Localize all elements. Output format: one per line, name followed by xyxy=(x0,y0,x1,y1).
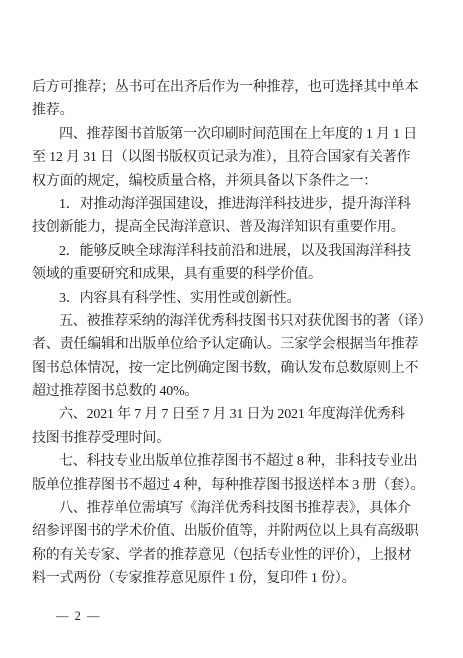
document-line: 技创新能力，提高全民海洋意识、普及海洋知识有重要作用。 xyxy=(32,216,422,239)
document-line: 推荐。 xyxy=(32,99,422,122)
document-line: 称的有关专家、学者的推荐意见（包括专业性的评价），上报材 xyxy=(32,544,422,567)
document-line: 后方可推荐；丛书可在出齐后作为一种推荐，也可选择其中单本 xyxy=(32,76,422,99)
document-line: 八、推荐单位需填写《海洋优秀科技图书推荐表》，具体介 xyxy=(32,497,422,520)
document-line: 六、2021 年 7 月 7 日至 7 月 31 日为 2021 年度海洋优秀科 xyxy=(32,403,422,426)
document-line: 权方面的规定，编校质量合格，并须具备以下条件之一： xyxy=(32,170,422,193)
document-line: 料一式两份（专家推荐意见原件 1 份，复印件 1 份）。 xyxy=(32,567,422,590)
document-line: 超过推荐图书总数的 40%。 xyxy=(32,380,422,403)
document-line: 图书总体情况，按一定比例确定图书数，确认发布总数原则上不 xyxy=(32,357,422,380)
document-body-text: 后方可推荐；丛书可在出齐后作为一种推荐，也可选择其中单本推荐。四、推荐图书首版第… xyxy=(32,76,422,591)
page-number: — 2 — xyxy=(56,609,101,624)
document-line: 技图书推荐受理时间。 xyxy=(32,427,422,450)
document-line: 1．对推动海洋强国建设，推进海洋科技进步，提升海洋科 xyxy=(32,193,422,216)
document-line: 五、被推荐采纳的海洋优秀科技图书只对获优图书的著（译） xyxy=(32,310,422,333)
document-line: 四、推荐图书首版第一次印刷时间范围在上年度的 1 月 1 日 xyxy=(32,123,422,146)
document-line: 领域的重要研究和成果，具有重要的科学价值。 xyxy=(32,263,422,286)
document-line: 2．能够反映全球海洋科技前沿和进展，以及我国海洋科技 xyxy=(32,240,422,263)
scanned-document-page: 后方可推荐；丛书可在出齐后作为一种推荐，也可选择其中单本推荐。四、推荐图书首版第… xyxy=(0,0,463,658)
document-line: 至 12 月 31 日（以图书版权页记录为准），且符合国家有关著作 xyxy=(32,146,422,169)
document-line: 绍参评图书的学术价值、出版价值等，并附两位以上具有高级职 xyxy=(32,520,422,543)
document-line: 3．内容具有科学性、实用性或创新性。 xyxy=(32,287,422,310)
document-line: 七、科技专业出版单位推荐图书不超过 8 种，非科技专业出 xyxy=(32,450,422,473)
document-line: 者、责任编辑和出版单位给予认定确认。三家学会根据当年推荐 xyxy=(32,333,422,356)
document-line: 版单位推荐图书不超过 4 种，每种推荐图书报送样本 3 册（套）。 xyxy=(32,474,422,497)
